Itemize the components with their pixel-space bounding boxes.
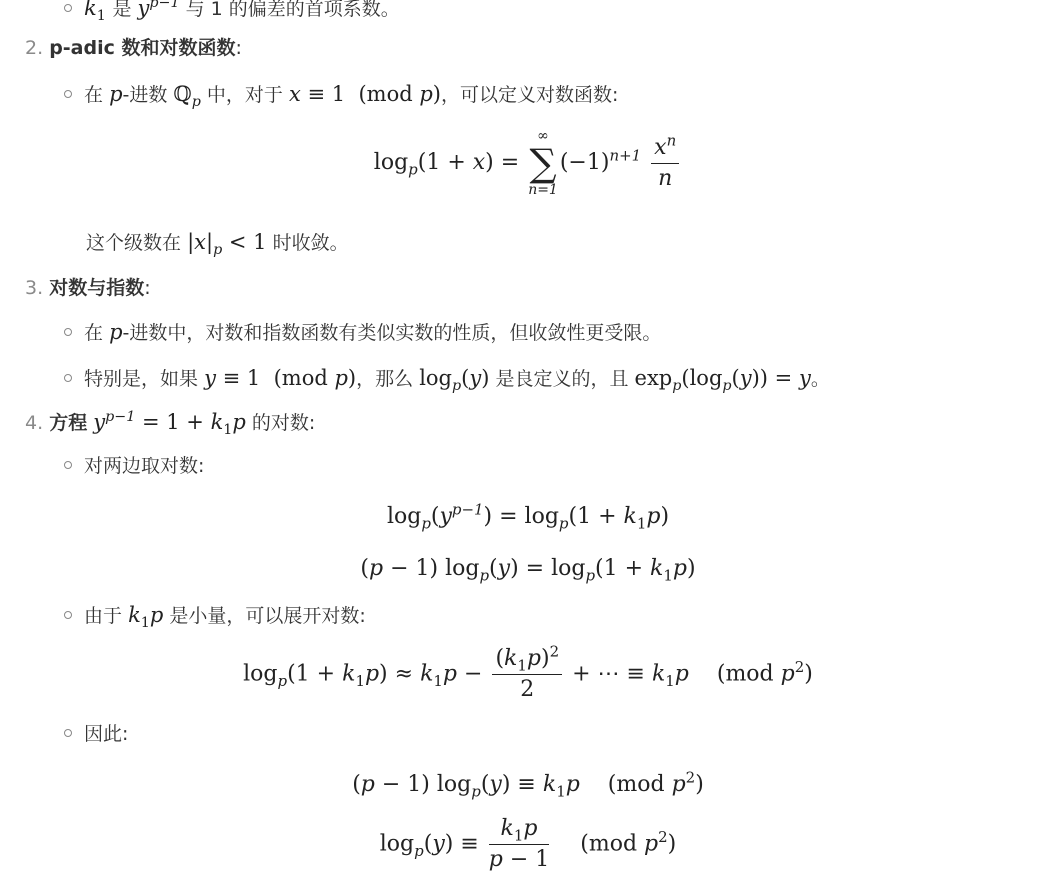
list-item-2-heading: 2. p-adic 数和对数函数: bbox=[25, 34, 242, 62]
text: 中，对于 bbox=[207, 84, 283, 106]
bullet-icon bbox=[64, 461, 72, 469]
text: 特别是，如果 bbox=[84, 368, 198, 390]
list-item-therefore: 因此: bbox=[64, 720, 128, 748]
formula-log-expansion: logp(1 + k1p) ≈ k1p − (k1p)22 + ⋯ ≡ k1p … bbox=[0, 646, 1056, 703]
math-p: p bbox=[109, 82, 122, 106]
text: 。 bbox=[811, 368, 830, 390]
text: 这个级数在 bbox=[86, 232, 181, 254]
formula-log-both-sides: logp(yp−1) = logp(1 + k1p) bbox=[0, 504, 1056, 529]
list-item-3-heading: 3. 对数与指数: bbox=[25, 274, 151, 302]
text: -进数 bbox=[123, 84, 168, 106]
math-exp-log: expp(logp(y)) = y bbox=[635, 366, 811, 390]
bullet-icon bbox=[64, 611, 72, 619]
math-abs: |x|p < 1 bbox=[187, 230, 266, 254]
bullet-icon bbox=[64, 4, 72, 12]
list-number: 3. bbox=[25, 277, 43, 299]
text: 是良定义的，且 bbox=[495, 368, 628, 390]
text: 时收敛。 bbox=[273, 232, 349, 254]
sum-symbol: ∞∑n=1 bbox=[528, 128, 558, 198]
formula-congruence-2: logp(y) ≡ k1pp − 1 (mod p2) bbox=[0, 816, 1056, 873]
text: ，那么 bbox=[356, 368, 413, 390]
math-logp-y: logp(y) bbox=[419, 366, 489, 390]
text: -进数中，对数和指数函数有类似实数的性质，但收敛性更受限。 bbox=[123, 322, 662, 344]
text: 由于 bbox=[84, 605, 122, 627]
list-item-take-log: 对两边取对数: bbox=[64, 452, 204, 480]
heading-text: p-adic 数和对数函数 bbox=[49, 37, 235, 59]
text: 在 bbox=[84, 84, 103, 106]
formula-log-series: logp(1 + x) = ∞∑n=1(−1)n+1 xnn bbox=[0, 128, 1056, 198]
colon: : bbox=[144, 277, 150, 299]
heading-text: 对数与指数 bbox=[49, 277, 144, 299]
colon: : bbox=[236, 37, 242, 59]
text: 对两边取对数: bbox=[84, 455, 204, 477]
text: 的对数: bbox=[252, 412, 315, 434]
math-congruence: y ≡ 1 (mod p) bbox=[204, 366, 356, 390]
list-item-4-heading: 4. 方程 yp−1 = 1 + k1p 的对数: bbox=[25, 408, 315, 437]
list-number: 4. bbox=[25, 412, 43, 434]
list-item-log-exp-props: 在 p-进数中，对数和指数函数有类似实数的性质，但收敛性更受限。 bbox=[64, 318, 661, 347]
list-item-expand-log: 由于 k1p 是小量，可以展开对数: bbox=[64, 601, 366, 630]
list-number: 2. bbox=[25, 37, 43, 59]
math-congruence: x ≡ 1 (mod p) bbox=[289, 82, 441, 106]
list-item-padic-log-def: 在 p-进数 ℚp 中，对于 x ≡ 1 (mod p)，可以定义对数函数: bbox=[64, 80, 618, 109]
convergence-note: 这个级数在 |x|p < 1 时收敛。 bbox=[86, 228, 349, 257]
text: ，可以定义对数函数: bbox=[441, 84, 618, 106]
formula-power-rule: (p − 1) logp(y) = logp(1 + k1p) bbox=[0, 556, 1056, 581]
text: 是小量，可以展开对数: bbox=[169, 605, 365, 627]
bullet-icon bbox=[64, 90, 72, 98]
formula-congruence-1: (p − 1) logp(y) ≡ k1p (mod p2) bbox=[0, 772, 1056, 797]
text: 因此: bbox=[84, 723, 128, 745]
math-k1p: k1p bbox=[128, 603, 163, 627]
math-Qp: ℚp bbox=[173, 82, 200, 106]
list-item-k1-bullet: k1 是 yp−1 与 1 的偏差的首项系数。 bbox=[64, 0, 400, 23]
text: 在 bbox=[84, 322, 103, 344]
math-equation: yp−1 = 1 + k1p bbox=[93, 410, 246, 434]
bullet-icon bbox=[64, 328, 72, 336]
bullet-icon bbox=[64, 374, 72, 382]
math-p: p bbox=[109, 320, 122, 344]
heading-text: 方程 bbox=[49, 412, 87, 434]
bullet-icon bbox=[64, 729, 72, 737]
list-item-exp-log-identity: 特别是，如果 y ≡ 1 (mod p)，那么 logp(y) 是良定义的，且 … bbox=[64, 364, 830, 393]
